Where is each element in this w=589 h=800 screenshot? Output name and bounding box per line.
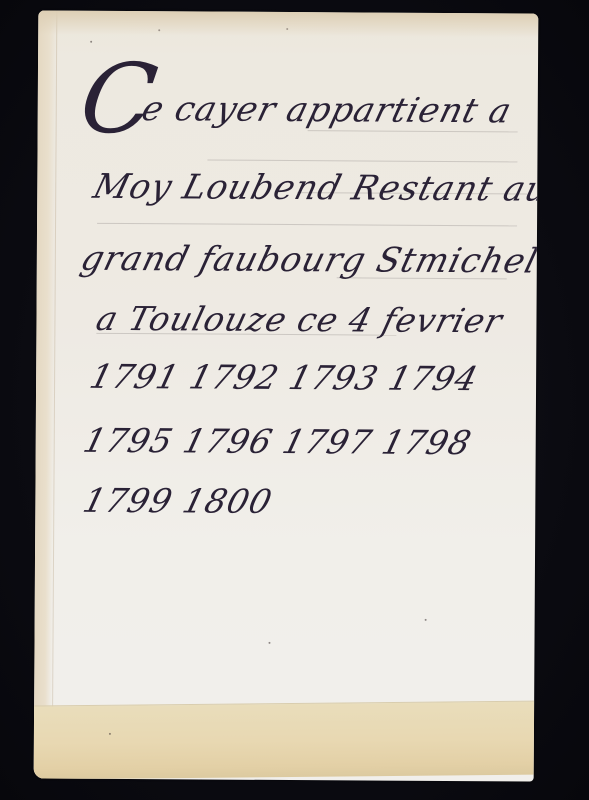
years-line-2: 1795 1796 1797 1798 — [80, 421, 476, 462]
handwritten-text: C e cayer appartient a Moy Loubend Resta… — [34, 10, 539, 781]
manuscript-page: C e cayer appartient a Moy Loubend Resta… — [34, 10, 539, 781]
paper-speck — [286, 28, 288, 30]
paper-speck — [158, 29, 160, 31]
text-line-4: a Toulouze ce 4 fevrier — [92, 299, 507, 340]
text-line-2: Moy Loubend Restant au — [89, 167, 538, 210]
photo-background: C e cayer appartient a Moy Loubend Resta… — [0, 0, 589, 800]
years-line-1: 1791 1792 1793 1794 — [86, 357, 482, 398]
years-line-3: 1799 1800 — [79, 481, 276, 521]
text-line-3: grand faubourg Stmichel — [77, 239, 539, 282]
text-line-1: e cayer appartient a — [138, 89, 516, 131]
